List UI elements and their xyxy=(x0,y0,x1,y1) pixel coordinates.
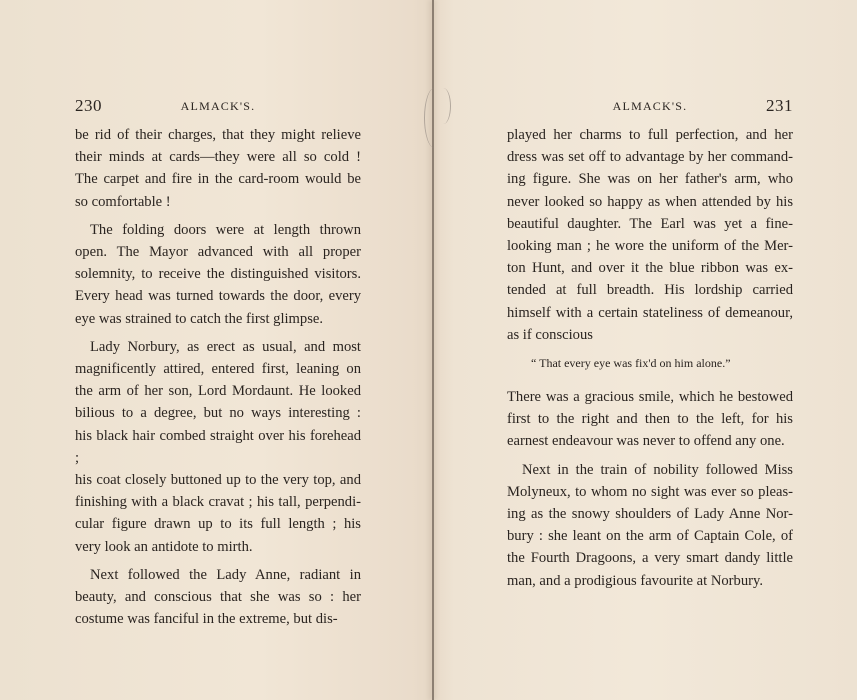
text-line: tended at full breadth. His lordship car… xyxy=(507,279,793,301)
text-line: cular figure drawn up to its full length… xyxy=(75,513,361,535)
text-line: looking man ; he wore the uniform of the… xyxy=(507,235,793,257)
text-line: very look an antidote to mirth. xyxy=(75,536,361,558)
text-line: ing figure. She was on her father's arm,… xyxy=(507,168,793,190)
text-line: eye was strained to catch the first glim… xyxy=(75,308,361,330)
text-line: the arm of her son, Lord Mordaunt. He lo… xyxy=(75,380,361,402)
text-line: first to the right and then to the left,… xyxy=(507,408,793,430)
text-line: never looked so happy as when attended b… xyxy=(507,191,793,213)
verse-quote: “ That every eye was fix'd on him alone.… xyxy=(507,354,793,372)
text-line: Next in the train of nobility followed M… xyxy=(507,459,793,481)
text-line: ton Hunt, and over it the blue ribbon wa… xyxy=(507,257,793,279)
text-line: played her charms to full perfection, an… xyxy=(507,124,793,146)
text-line: himself with a certain stateliness of de… xyxy=(507,302,793,324)
text-line: costume was fanciful in the extreme, but… xyxy=(75,608,361,630)
right-page: ALMACK'S. 231 played her charms to full … xyxy=(507,96,793,592)
binding-thread xyxy=(436,88,451,124)
text-line: Molyneux, to whom no sight was ever so p… xyxy=(507,481,793,503)
text-line: Next followed the Lady Anne, radiant in xyxy=(75,564,361,586)
text-line: his coat closely buttoned up to the very… xyxy=(75,469,361,491)
text-line: magnificently attired, entered first, le… xyxy=(75,358,361,380)
text-line: be rid of their charges, that they might… xyxy=(75,124,361,146)
text-line: The carpet and fire in the card-room wou… xyxy=(75,168,361,190)
text-line: There was a gracious smile, which he bes… xyxy=(507,386,793,408)
running-head: ALMACK'S. xyxy=(75,99,361,114)
text-line: earnest endeavour was never to offend an… xyxy=(507,430,793,452)
text-line: dress was set off to advantage by her co… xyxy=(507,146,793,168)
text-line: The folding doors were at length thrown xyxy=(75,219,361,241)
text-block: There was a gracious smile, which he bes… xyxy=(507,386,793,592)
page-number: 231 xyxy=(766,96,793,116)
text-line: their minds at cards—they were all so co… xyxy=(75,146,361,168)
text-line: his black hair combed straight over his … xyxy=(75,425,361,469)
text-line: finishing with a black cravat ; his tall… xyxy=(75,491,361,513)
text-line: beautiful daughter. The Earl was yet a f… xyxy=(507,213,793,235)
page-body: be rid of their charges, that they might… xyxy=(75,124,361,630)
text-line: as if conscious xyxy=(507,324,793,346)
page-header: ALMACK'S. 231 xyxy=(507,96,793,124)
text-line: ing as the snowy shoulders of Lady Anne … xyxy=(507,503,793,525)
page-header: 230 ALMACK'S. xyxy=(75,96,361,124)
text-line: beauty, and conscious that she was so : … xyxy=(75,586,361,608)
text-line: bury : she leant on the arm of Captain C… xyxy=(507,525,793,547)
text-line: bilious to a degree, but no ways interes… xyxy=(75,402,361,424)
left-page: 230 ALMACK'S. be rid of their charges, t… xyxy=(75,96,361,630)
running-head: ALMACK'S. xyxy=(507,99,793,114)
text-line: so comfortable ! xyxy=(75,191,361,213)
text-line: Every head was turned towards the door, … xyxy=(75,285,361,307)
text-line: open. The Mayor advanced with all proper xyxy=(75,241,361,263)
text-line: man, and a prodigious favourite at Norbu… xyxy=(507,570,793,592)
text-line: solemnity, to receive the distinguished … xyxy=(75,263,361,285)
page-body: played her charms to full perfection, an… xyxy=(507,124,793,592)
text-block: played her charms to full perfection, an… xyxy=(507,124,793,346)
book-spread: 230 ALMACK'S. be rid of their charges, t… xyxy=(0,0,857,700)
text-line: Lady Norbury, as erect as usual, and mos… xyxy=(75,336,361,358)
text-line: the Fourth Dragoons, a very smart dandy … xyxy=(507,547,793,569)
